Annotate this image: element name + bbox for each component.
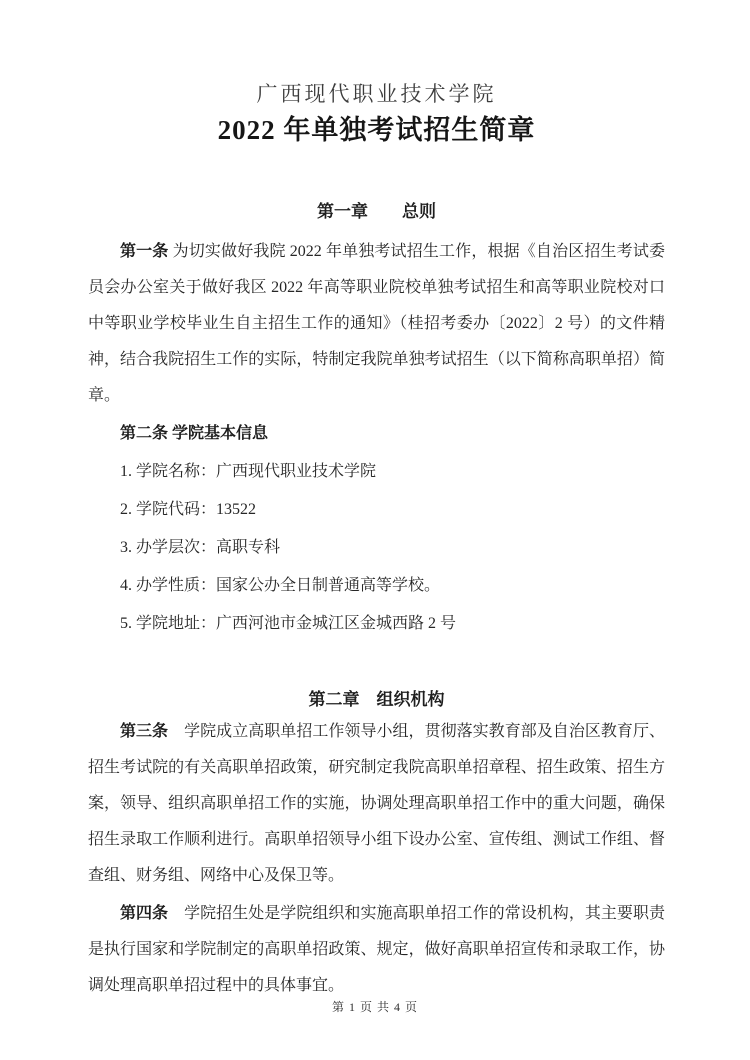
- info-item-education-level: 3. 办学层次：高职专科: [88, 530, 665, 566]
- article4-label: 第四条: [120, 905, 168, 922]
- article1-label: 第一条: [120, 243, 168, 260]
- article2-heading: 第二条 学院基本信息: [88, 416, 665, 452]
- article1-paragraph: 第一条 为切实做好我院 2022 年单独考试招生工作，根据《自治区招生考试委员会…: [88, 234, 665, 414]
- page-number-footer: 第 1 页 共 4 页: [0, 998, 750, 1015]
- article3-paragraph: 第三条 学院成立高职单招工作领导小组，贯彻落实教育部及自治区教育厅、招生考试院的…: [88, 714, 665, 894]
- info-item-college-code: 2. 学院代码：13522: [88, 492, 665, 528]
- article4-text: 学院招生处是学院组织和实施高职单招工作的常设机构，其主要职责是执行国家和学院制定…: [88, 905, 665, 994]
- info-item-school-type: 4. 办学性质：国家公办全日制普通高等学校。: [88, 568, 665, 604]
- document-page: 广西现代职业技术学院 2022 年单独考试招生简章 第一章 总则 第一条 为切实…: [0, 0, 750, 1060]
- document-title-brochure: 2022 年单独考试招生简章: [88, 112, 665, 148]
- chapter1-heading: 第一章 总则: [88, 202, 665, 222]
- article3-label: 第三条: [120, 723, 168, 740]
- info-item-college-name: 1. 学院名称：广西现代职业技术学院: [88, 454, 665, 490]
- document-title-college-name: 广西现代职业技术学院: [88, 80, 665, 108]
- chapter2-heading: 第二章 组织机构: [88, 690, 665, 710]
- article3-text: 学院成立高职单招工作领导小组，贯彻落实教育部及自治区教育厅、招生考试院的有关高职…: [88, 723, 665, 884]
- article4-paragraph: 第四条 学院招生处是学院组织和实施高职单招工作的常设机构，其主要职责是执行国家和…: [88, 896, 665, 1004]
- info-item-address: 5. 学院地址：广西河池市金城江区金城西路 2 号: [88, 606, 665, 642]
- article1-text: 为切实做好我院 2022 年单独考试招生工作，根据《自治区招生考试委员会办公室关…: [88, 243, 665, 404]
